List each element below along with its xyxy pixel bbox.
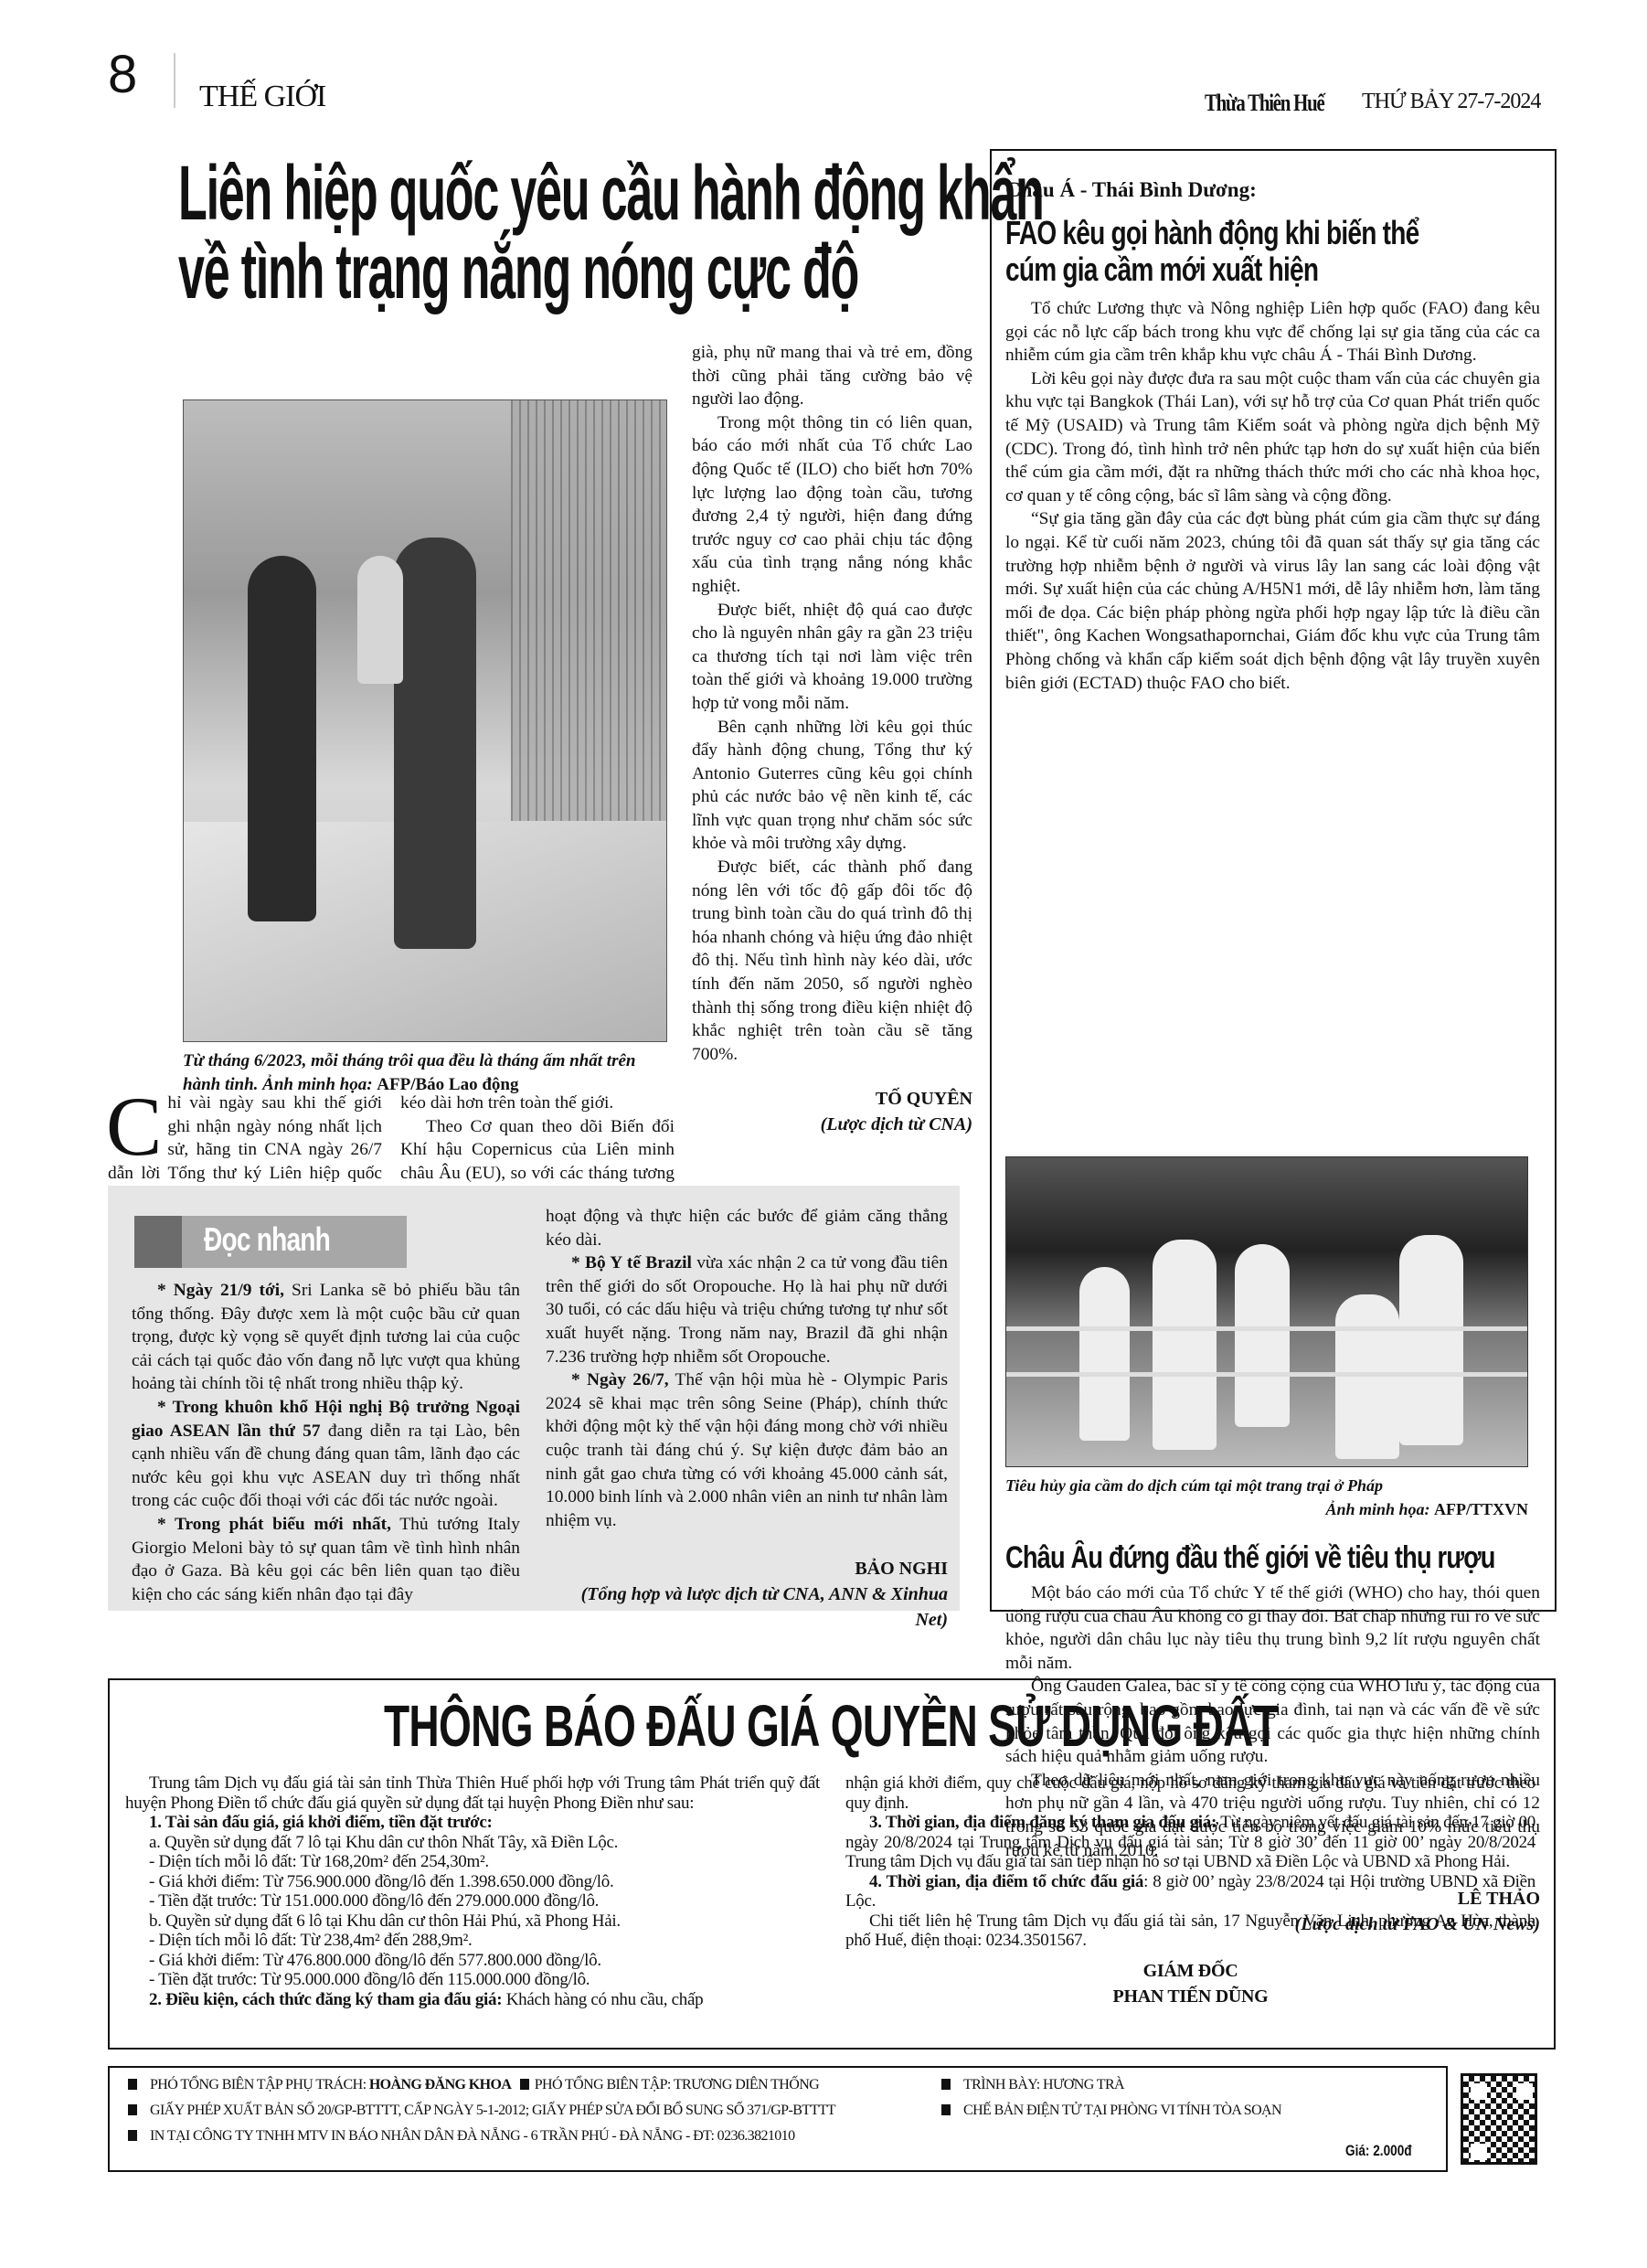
bullet-square-icon xyxy=(128,2104,137,2115)
paragraph: Bên cạnh những lời kêu gọi thúc đẩy hành… xyxy=(692,716,972,857)
page-number: 8 xyxy=(108,48,137,102)
drop-cap: C xyxy=(106,1093,162,1159)
worker-figure xyxy=(1235,1244,1290,1427)
newspaper-masthead: Thừa Thiên Huế xyxy=(1205,90,1324,117)
photo-caption: Tiêu hủy gia cầm do dịch cúm tại một tra… xyxy=(1005,1474,1528,1521)
worker-figure xyxy=(1335,1294,1399,1459)
bullet-square-icon xyxy=(128,2079,137,2090)
worker-figure xyxy=(1079,1267,1130,1441)
quick-read-title: Đọc nhanh xyxy=(204,1220,330,1259)
eu-headline: Châu Âu đứng đầu thế giới về tiêu thụ rư… xyxy=(1005,1539,1495,1576)
bullet-square-icon xyxy=(520,2079,529,2090)
signer-title: GIÁM ĐỐC xyxy=(845,1958,1535,1984)
paragraph: Trong một thông tin có liên quan, báo cá… xyxy=(692,411,972,599)
woman-figure-1 xyxy=(248,556,316,921)
imprint-designer: TRÌNH BÀY: HƯƠNG TRÀ xyxy=(941,2077,1124,2093)
paragraph: Lời kêu gọi này được đưa ra sau một cuộc… xyxy=(1005,367,1540,508)
heatwave-photo xyxy=(183,399,667,1042)
paragraph: Một báo cáo mới của Tổ chức Y tế thế giớ… xyxy=(1005,1581,1540,1675)
paragraph: Tổ chức Lương thực và Nông nghiệp Liên h… xyxy=(1005,297,1540,367)
author-byline: BẢO NGHI xyxy=(546,1556,948,1581)
fao-article-body: Tổ chức Lương thực và Nông nghiệp Liên h… xyxy=(1005,297,1540,695)
fence-shape xyxy=(511,400,666,821)
quick-read-column-2: hoạt động và thực hiện các bước để giảm … xyxy=(546,1205,948,1633)
article-source: (Lược dịch từ CNA) xyxy=(692,1112,972,1137)
paragraph: Được biết, các thành phố đang nóng lên v… xyxy=(692,856,972,1066)
quick-item: * Ngày 21/9 tới, Sri Lanka sẽ bỏ phiếu b… xyxy=(132,1279,520,1396)
quick-read-column-1: * Ngày 21/9 tới, Sri Lanka sẽ bỏ phiếu b… xyxy=(132,1279,520,1606)
fence-rail xyxy=(1006,1372,1527,1377)
quick-item: * Bộ Y tế Brazil vừa xác nhận 2 ca tử vo… xyxy=(546,1251,948,1368)
poultry-culling-photo xyxy=(1005,1156,1528,1467)
fao-headline: FAO kêu gọi hành động khi biến thể cúm g… xyxy=(1005,215,1419,288)
price-label: Giá: 2.000đ xyxy=(1345,2142,1412,2160)
child-figure xyxy=(357,556,403,684)
paragraph: Được biết, nhiệt độ quá cao được cho là … xyxy=(692,599,972,716)
imprint-line-2: GIẤY PHÉP XUẤT BẢN SỐ 20/GP-BTTTT, CẤP N… xyxy=(128,2103,835,2119)
imprint-line-3: IN TẠI CÔNG TY TNHH MTV IN BÁO NHÂN DÂN … xyxy=(128,2128,794,2145)
author-byline: TỐ QUYÊN xyxy=(692,1086,972,1112)
imprint-line-1: PHÓ TỔNG BIÊN TẬP PHỤ TRÁCH: HOÀNG ĐĂNG … xyxy=(128,2077,819,2093)
qr-code-icon[interactable] xyxy=(1461,2073,1537,2165)
header-divider xyxy=(174,53,175,108)
bullet-square-icon xyxy=(128,2130,137,2141)
article-source: (Tổng hợp và lược dịch từ CNA, ANN & Xin… xyxy=(546,1581,948,1633)
woman-figure-2 xyxy=(394,538,476,949)
main-headline-line2: về tình trạng nắng nóng cực độ xyxy=(178,232,1044,311)
publication-date: THỨ BẢY 27-7-2024 xyxy=(1362,90,1540,114)
bullet-square-icon xyxy=(941,2104,951,2115)
photo-caption: Từ tháng 6/2023, mỗi tháng trôi qua đều … xyxy=(183,1049,676,1097)
auction-notice-column-1: Trung tâm Dịch vụ đấu giá tài sản tỉnh T… xyxy=(125,1773,820,2009)
quick-item: * Trong khuôn khổ Hội nghị Bộ trưởng Ngo… xyxy=(132,1396,520,1513)
auction-notice-title: THÔNG BÁO ĐẤU GIÁ QUYỀN SỬ DỤNG ĐẤT xyxy=(384,1696,1278,1756)
paragraph: kéo dài hơn trên toàn thế giới. xyxy=(400,1091,675,1115)
section-title: THẾ GIỚI xyxy=(199,80,325,113)
signer-name: PHAN TIẾN DŨNG xyxy=(845,1984,1535,2009)
quick-read-tab-accent xyxy=(134,1216,182,1268)
fence-rail xyxy=(1006,1326,1527,1331)
quick-item: * Ngày 26/7, Thế vận hội mùa hè - Olympi… xyxy=(546,1368,948,1532)
photo-credit: Ảnh minh họa: AFP/TTXVN xyxy=(1005,1497,1528,1521)
main-headline-line1: Liên hiệp quốc yêu cầu hành động khẩn xyxy=(178,154,1044,232)
auction-notice-column-2: nhận giá khởi điểm, quy chế cuộc đấu giá… xyxy=(845,1773,1535,2009)
worker-figure xyxy=(1153,1240,1217,1450)
paragraph: “Sự gia tăng gần đây của các đợt bùng ph… xyxy=(1005,507,1540,695)
imprint-typesetting: CHẾ BẢN ĐIỆN TỬ TẠI PHÒNG VI TÍNH TÒA SO… xyxy=(941,2103,1281,2119)
main-headline: Liên hiệp quốc yêu cầu hành động khẩn về… xyxy=(178,154,1044,311)
worker-figure xyxy=(1399,1235,1463,1445)
bullet-square-icon xyxy=(941,2079,951,2090)
main-article-column-3: già, phụ nữ mang thai và trẻ em, đồng th… xyxy=(692,341,972,1137)
quick-item: * Trong phát biểu mới nhất, Thủ tướng It… xyxy=(132,1513,520,1606)
paragraph: già, phụ nữ mang thai và trẻ em, đồng th… xyxy=(692,341,972,411)
fao-kicker: Châu Á - Thái Bình Dương: xyxy=(1005,178,1257,202)
